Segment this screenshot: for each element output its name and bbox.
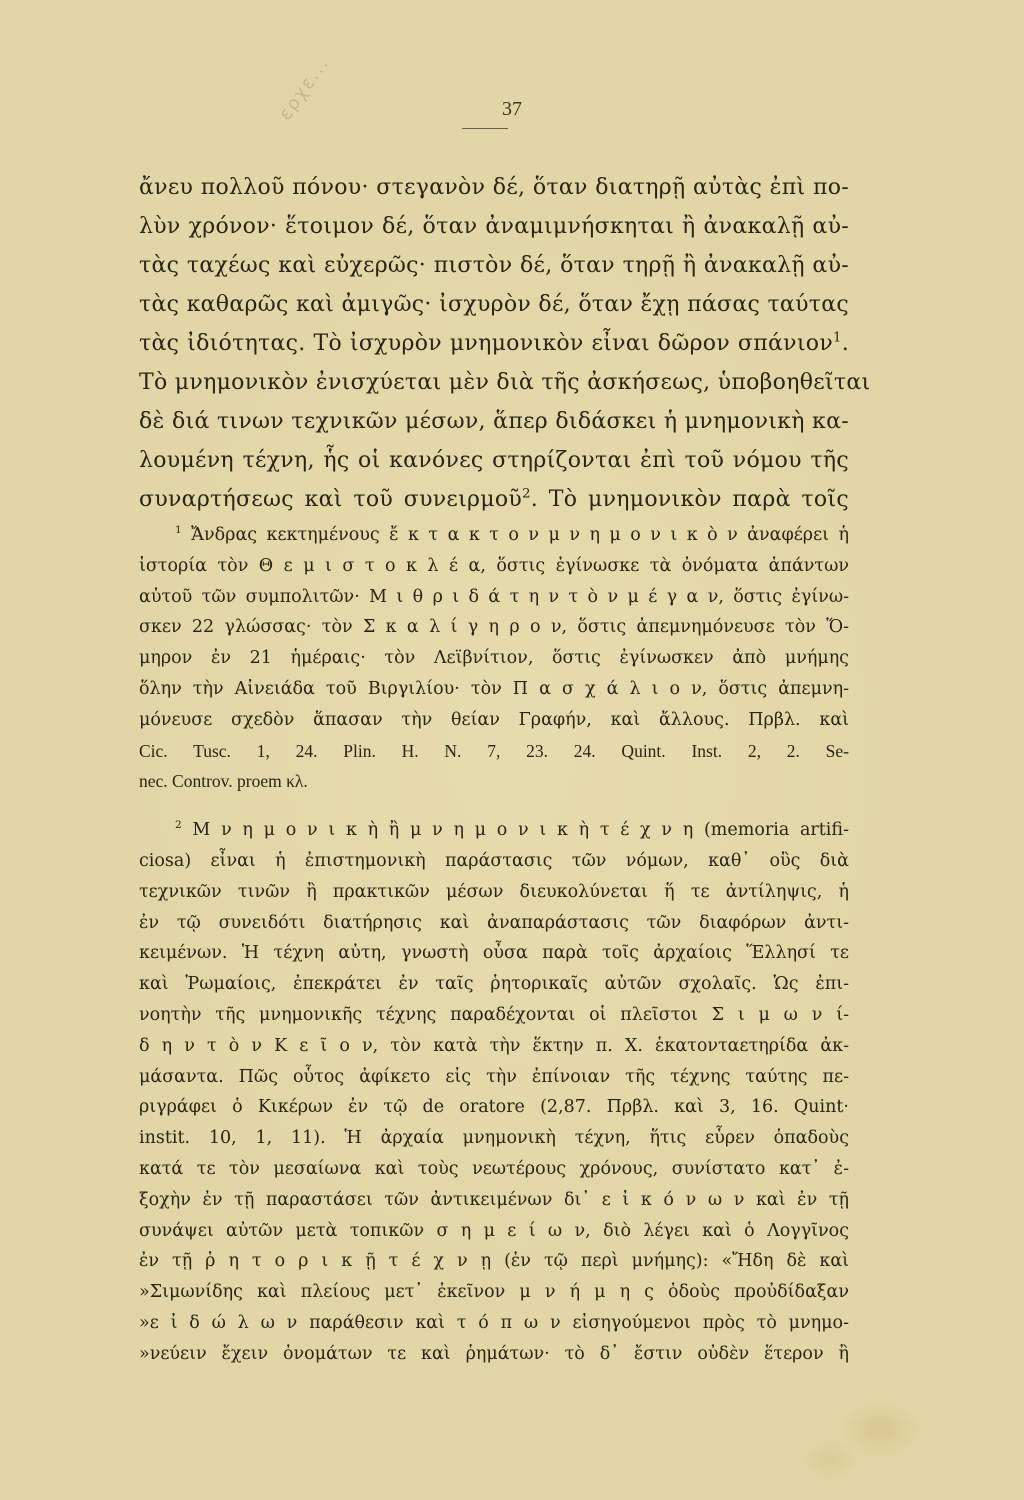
text-span: συναρτήσεως καὶ τοῦ συνειρμοῦ bbox=[139, 487, 522, 512]
period: . bbox=[842, 331, 849, 356]
footnote-2-line: ἐν τῷ συνειδότι διατήρησις καὶ ἀναπαράστ… bbox=[139, 908, 849, 939]
main-text: ἄνευ πολλοῦ πόνου· στεγανὸν δέ, ὅταν δια… bbox=[139, 168, 849, 519]
footnote-1-line: σκεν 22 γλώσσας· τὸν Σ κ α λ ί γ η ρ ο ν… bbox=[139, 612, 849, 643]
book-page: ερχε... 37 ἄνευ πολλοῦ πόνου· στεγανὸν δ… bbox=[0, 0, 1024, 1500]
footnote-1-line: 1 Ἄνδρας κεκτημένους ἔ κ τ α κ τ ο ν μ ν… bbox=[139, 520, 849, 551]
footnote-1-line: ἱστορία τὸν Θ ε μ ι σ τ ο κ λ έ α, ὅστις… bbox=[139, 551, 849, 582]
footnote-2-line: »Σιμωνίδης καὶ πλείους μετ᾽ ἐκεῖνον μ ν … bbox=[139, 1277, 849, 1308]
footnote-gap bbox=[139, 797, 849, 815]
footnote-1-line: αὐτοῦ τῶν συμπολιτῶν· Μ ι θ ρ ι δ ά τ η … bbox=[139, 582, 849, 613]
footnote-2-line: instit. 10, 1, 11). Ἡ ἀρχαία μνημονικὴ τ… bbox=[139, 1123, 849, 1154]
footnote-1-line: μόνευσε σχεδὸν ἅπασαν τὴν θείαν Γραφήν, … bbox=[139, 705, 849, 736]
text-line: τὰς ἰδιότητας. Τὸ ἰσχυρὸν μνημονικὸν εἶν… bbox=[139, 324, 849, 363]
text-line: τὰς καθαρῶς καὶ ἀμιγῶς· ἰσχυρὸν δέ, ὅταν… bbox=[139, 285, 849, 324]
footnote-2-line: κατά τε τὸν μεσαίωνα καὶ τοὺς νεωτέρους … bbox=[139, 1154, 849, 1185]
footnote-1-line: nec. Controv. proem κλ. bbox=[139, 766, 849, 797]
footnote-1-line: ὅλην τὴν Αἰνειάδα τοῦ Βιργιλίου· τὸν Π α… bbox=[139, 674, 849, 705]
text-line: δὲ διά τινων τεχνικῶν μέσων, ἅπερ διδάσκ… bbox=[139, 402, 849, 441]
footnote-2-line: ξοχὴν ἐν τῇ παραστάσει τῶν ἀντικειμένων … bbox=[139, 1185, 849, 1216]
footnote-2-line: »νεύειν ἔχειν ὀνομάτων τε καὶ ῥημάτων· τ… bbox=[139, 1339, 849, 1370]
period: . bbox=[531, 487, 549, 512]
text-span: τὰς ἰδιότητας. Τὸ ἰσχυρὸν μνημονικὸν εἶν… bbox=[139, 331, 833, 356]
footnote-2-line: 2 Μ ν η μ ο ν ι κ ὴ ἢ μ ν η μ ο ν ι κ ὴ … bbox=[139, 815, 849, 846]
footnotes: 1 Ἄνδρας κεκτημένους ἔ κ τ α κ τ ο ν μ ν… bbox=[139, 520, 849, 1370]
footnote-1-line: μηρον ἐν 21 ἡμέραις· τὸν Λεϊβνίτιον, ὅστ… bbox=[139, 643, 849, 674]
footnote-2-line: μάσαντα. Πῶς οὗτος ἀφίκετο εἰς τὴν ἐπίνο… bbox=[139, 1062, 849, 1093]
text-line: συναρτήσεως καὶ τοῦ συνειρμοῦ2. Τὸ μνημο… bbox=[139, 480, 849, 519]
text-span: Ἄνδρας κεκτημένους ἔ κ τ α κ τ ο ν μ ν η… bbox=[191, 525, 849, 545]
text-line: Τὸ μνημονικὸν ἐνισχύεται μὲν διὰ τῆς ἀσκ… bbox=[139, 363, 849, 402]
footnote-2-line: »ε ἰ δ ώ λ ω ν παράθεσιν καὶ τ ό π ω ν ε… bbox=[139, 1308, 849, 1339]
footnote-2-line: συνάψει αὐτῶν μετὰ τοπικῶν σ η μ ε ί ω ν… bbox=[139, 1216, 849, 1247]
text-span: Μ ν η μ ο ν ι κ ὴ ἢ μ ν η μ ο ν ι κ ὴ τ … bbox=[192, 820, 849, 840]
footnote-1-line: Cic. Tusc. 1, 24. Plin. H. N. 7, 23. 24.… bbox=[139, 736, 849, 767]
text-line: λουμένη τέχνη, ἧς οἱ κανόνες στηρίζονται… bbox=[139, 441, 849, 480]
footnote-2-line: δ η ν τ ὸ ν Κ ε ῖ ο ν, τὸν κατὰ τὴν ἕκτη… bbox=[139, 1031, 849, 1062]
footnote-2-line: κειμένων. Ἡ τέχνη αὐτη, γνωστὴ οὖσα παρὰ… bbox=[139, 938, 849, 969]
header-rule bbox=[462, 128, 508, 129]
text-line: ἄνευ πολλοῦ πόνου· στεγανὸν δέ, ὅταν δια… bbox=[139, 168, 849, 207]
footnote-ref-2[interactable]: 2 bbox=[522, 487, 531, 502]
footnote-2-line: καὶ Ῥωμαίοις, ἐπεκράτει ἐν ταῖς ῥητορικα… bbox=[139, 969, 849, 1000]
text-span: Τὸ μνημονικὸν παρὰ τοῖς bbox=[549, 487, 849, 512]
footnote-marker-1: 1 bbox=[175, 524, 182, 536]
text-line: λὺν χρόνον· ἕτοιμον δέ, ὅταν ἀναμιμνήσκη… bbox=[139, 207, 849, 246]
footnote-2-line: ciosa) εἶναι ἡ ἐπιστημονικὴ παράστασις τ… bbox=[139, 846, 849, 877]
footnote-marker-2: 2 bbox=[175, 819, 182, 831]
page-number: 37 bbox=[0, 98, 1024, 121]
text-line: τὰς ταχέως καὶ εὐχερῶς· πιστὸν δέ, ὅταν … bbox=[139, 246, 849, 285]
footnote-2-line: τεχνικῶν τινῶν ἢ πρακτικῶν μέσων διευκολ… bbox=[139, 877, 849, 908]
footnote-2-line: νοητὴν τῆς μνημονικῆς τέχνης παραδέχοντα… bbox=[139, 1000, 849, 1031]
footnote-ref-1[interactable]: 1 bbox=[833, 331, 842, 346]
footnote-2-line: ριγράφει ὁ Κικέρων ἐν τῷ de oratore (2,8… bbox=[139, 1092, 849, 1123]
footnote-2-line: ἐν τῇ ῥ η τ ο ρ ι κ ῇ τ έ χ ν ῃ (ἐν τῷ π… bbox=[139, 1246, 849, 1277]
